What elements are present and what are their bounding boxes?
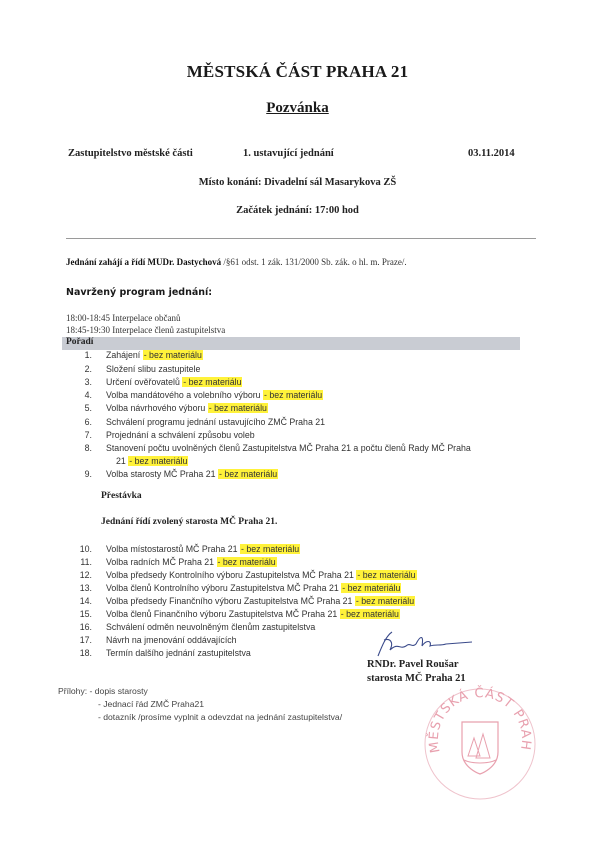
agenda-item-text: Návrh na jmenování oddávajících <box>106 635 237 645</box>
agenda-item: 11.Volba radních MČ Praha 21 - bez mater… <box>66 557 277 567</box>
agenda-item: 12.Volba předsedy Kontrolního výboru Zas… <box>66 570 417 580</box>
agenda-item-text: Projednání a schválení způsobu voleb <box>106 430 255 440</box>
agenda-item-text: Volba starosty MČ Praha 21 - bez materiá… <box>106 469 278 479</box>
time-slot: 18:45-19:30 Interpelace členů zastupitel… <box>66 325 225 335</box>
agenda-item-number: 15. <box>60 609 92 619</box>
agenda-item: 17.Návrh na jmenování oddávajících <box>66 635 237 645</box>
body-name: Zastupitelstvo městské části <box>68 148 193 159</box>
agenda-item: 13.Volba členů Kontrolního výboru Zastup… <box>66 583 401 593</box>
break-label: Přestávka <box>101 491 142 501</box>
no-material-highlight: - bez materiálu <box>143 350 203 360</box>
agenda-item: 4.Volba mandátového a volebního výboru -… <box>66 390 323 400</box>
signatory-name: RNDr. Pavel Roušar <box>367 659 458 670</box>
order-header-bar: Pořadí <box>62 337 520 350</box>
agenda-item: 10.Volba místostarostů MČ Praha 21 - bez… <box>66 544 300 554</box>
item-8-continuation: 21 - bez materiálu <box>116 456 188 466</box>
agenda-item-number: 4. <box>60 390 92 400</box>
attachment-item: - dopis starosty <box>90 686 148 696</box>
agenda-item-number: 10. <box>60 544 92 554</box>
attachment-item: - dotazník /prosíme vyplnit a odevzdat n… <box>98 712 342 722</box>
attachments-label: Přílohy: <box>58 686 87 696</box>
no-material-highlight: - bez materiálu <box>218 469 278 479</box>
agenda-item: 7.Projednání a schválení způsobu voleb <box>66 430 255 440</box>
agenda-item-text: Volba předsedy Kontrolního výboru Zastup… <box>106 570 417 580</box>
agenda-item-text: Volba radních MČ Praha 21 - bez materiál… <box>106 557 277 567</box>
no-material-highlight: - bez materiálu <box>217 557 277 567</box>
agenda-item-number: 9. <box>60 469 92 479</box>
divider <box>66 238 536 239</box>
agenda-item-text: Volba členů Kontrolního výboru Zastupite… <box>106 583 401 593</box>
agenda-item: 8.Stanovení počtu uvolněných členů Zastu… <box>66 443 471 453</box>
attachment-item: - Jednací řád ZMČ Praha21 <box>98 699 204 709</box>
agenda-item-text: Volba členů Finančního výboru Zastupitel… <box>106 609 400 619</box>
agenda-item: 6.Schválení programu jednání ustavujícíh… <box>66 417 325 427</box>
agenda-item: 18.Termín dalšího jednání zastupitelstva <box>66 648 251 658</box>
agenda-item: 15.Volba členů Finančního výboru Zastupi… <box>66 609 400 619</box>
agenda-item-number: 12. <box>60 570 92 580</box>
agenda-item-text: Určení ověřovatelů - bez materiálu <box>106 377 242 387</box>
no-material-highlight: - bez materiálu <box>356 570 416 580</box>
agenda-item-text: Termín dalšího jednání zastupitelstva <box>106 648 251 658</box>
order-label: Pořadí <box>66 337 93 347</box>
agenda-item-number: 8. <box>60 443 92 453</box>
agenda-item-number: 3. <box>60 377 92 387</box>
agenda-item: 16.Schválení odměn neuvolněným členům za… <box>66 622 315 632</box>
agenda-item-text: Volba místostarostů MČ Praha 21 - bez ma… <box>106 544 300 554</box>
agenda-item-number: 13. <box>60 583 92 593</box>
agenda-item-number: 17. <box>60 635 92 645</box>
start-time: Začátek jednání: 17:00 hod <box>0 205 595 216</box>
agenda-item-text: Zahájení - bez materiálu <box>106 350 203 360</box>
no-material-highlight: - bez materiálu <box>128 456 188 466</box>
agenda-item-number: 16. <box>60 622 92 632</box>
no-material-highlight: - bez materiálu <box>182 377 242 387</box>
intro-rest: /§61 odst. 1 zák. 131/2000 Sb. zák. o hl… <box>221 257 406 267</box>
agenda-item-text: Složení slibu zastupitele <box>106 364 200 374</box>
agenda-item-number: 7. <box>60 430 92 440</box>
document-subtitle: Pozvánka <box>0 100 595 117</box>
agenda-item-number: 11. <box>60 557 92 567</box>
no-material-highlight: - bez materiálu <box>341 583 401 593</box>
agenda-item: 2.Složení slibu zastupitele <box>66 364 200 374</box>
no-material-highlight: - bez materiálu <box>263 390 323 400</box>
venue: Místo konání: Divadelní sál Masarykova Z… <box>0 177 595 188</box>
no-material-highlight: - bez materiálu <box>240 544 300 554</box>
agenda-item: 5.Volba návrhového výboru - bez materiál… <box>66 403 268 413</box>
second-part-label: Jednání řídí zvolený starosta MČ Praha 2… <box>101 517 277 527</box>
program-heading: Navržený program jednání: <box>66 287 212 298</box>
agenda-item: 9.Volba starosty MČ Praha 21 - bez mater… <box>66 469 278 479</box>
agenda-item: 3.Určení ověřovatelů - bez materiálu <box>66 377 242 387</box>
agenda-item: 14.Volba předsedy Finančního výboru Zast… <box>66 596 415 606</box>
agenda-item-text: Volba návrhového výboru - bez materiálu <box>106 403 268 413</box>
meeting-name: 1. ustavující jednání <box>243 148 334 159</box>
agenda-item-number: 5. <box>60 403 92 413</box>
agenda-item-text: Stanovení počtu uvolněných členů Zastupi… <box>106 443 471 453</box>
agenda-item-text: Schválení programu jednání ustavujícího … <box>106 417 325 427</box>
agenda-item-text: Schválení odměn neuvolněným členům zastu… <box>106 622 315 632</box>
agenda-item-number: 6. <box>60 417 92 427</box>
time-slot: 18:00-18:45 Interpelace občanů <box>66 313 180 323</box>
official-stamp-icon: MĚSTSKÁ ČÁST PRAHA 21 <box>418 682 542 811</box>
agenda-item: 1.Zahájení - bez materiálu <box>66 350 203 360</box>
agenda-item-number: 2. <box>60 364 92 374</box>
no-material-highlight: - bez materiálu <box>208 403 268 413</box>
agenda-item-number: 1. <box>60 350 92 360</box>
agenda-item-number: 14. <box>60 596 92 606</box>
agenda-item-number: 18. <box>60 648 92 658</box>
agenda-item-text: Volba mandátového a volebního výboru - b… <box>106 390 323 400</box>
intro-text: Jednání zahájí a řídí MUDr. Dastychová /… <box>66 257 407 267</box>
meeting-date: 03.11.2014 <box>468 148 515 159</box>
no-material-highlight: - bez materiálu <box>340 609 400 619</box>
attachments: Přílohy: - dopis starosty <box>58 686 148 696</box>
intro-bold: Jednání zahájí a řídí MUDr. Dastychová <box>66 257 221 267</box>
no-material-highlight: - bez materiálu <box>355 596 415 606</box>
page-title: MĚSTSKÁ ČÁST PRAHA 21 <box>0 62 595 82</box>
agenda-item-text: Volba předsedy Finančního výboru Zastupi… <box>106 596 415 606</box>
